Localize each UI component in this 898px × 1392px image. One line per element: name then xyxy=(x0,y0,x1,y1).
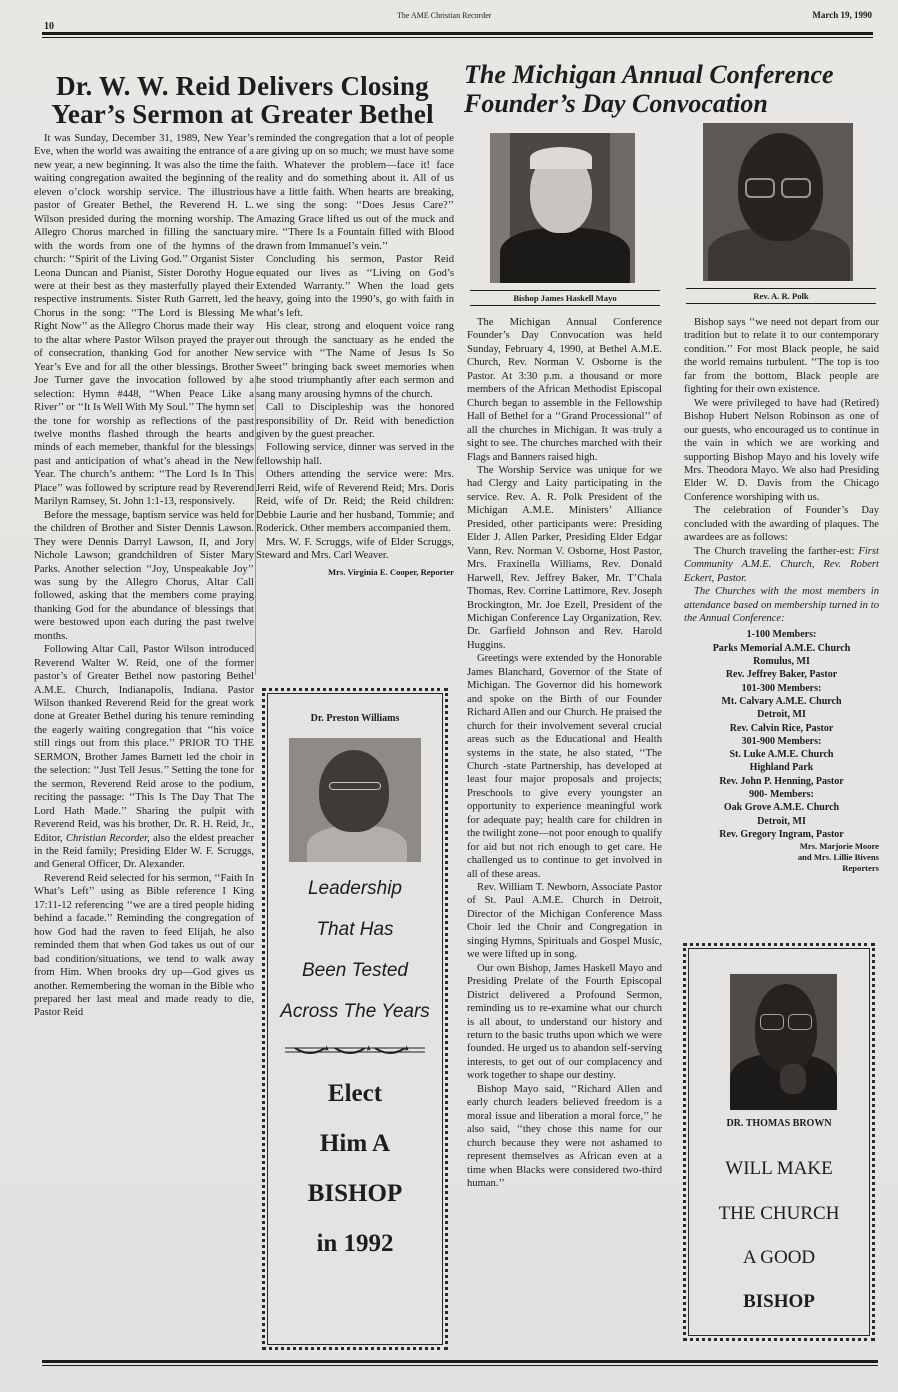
awards-list: 1-100 Members: Parks Memorial A.M.E. Chu… xyxy=(684,628,879,841)
right-article-column-1: The Michigan Annual Conference Founder’s… xyxy=(467,316,662,1190)
award-pastor: Rev. Calvin Rice, Pastor xyxy=(684,722,879,735)
issue-date: March 19, 1990 xyxy=(812,10,872,20)
paragraph: Greetings were extended by the Honorable… xyxy=(467,652,662,881)
paragraph: Following service, dinner was served in … xyxy=(256,441,454,468)
paragraph: Rev. William T. Newborn, Associate Pasto… xyxy=(467,881,662,962)
ad-call-line: Him A xyxy=(265,1119,445,1169)
ad-call-to-action: Elect Him A BISHOP in 1992 xyxy=(265,1069,445,1269)
headline-line-2: Founder’s Day Convocation xyxy=(464,89,884,118)
award-city: Highland Park xyxy=(684,761,879,774)
publication-title: Christian Recorder, xyxy=(66,833,150,844)
photo-caption: Bishop James Haskell Mayo xyxy=(470,290,660,306)
candidate-photo xyxy=(730,974,837,1110)
left-article-column-2: reminded the congregation that a lot of … xyxy=(256,132,454,579)
slogan-line: That Has xyxy=(265,909,445,950)
svg-text:★: ★ xyxy=(365,1044,372,1053)
photo-caption: Rev. A. R. Polk xyxy=(686,288,876,304)
headline-line-1: Dr. W. W. Reid Delivers Closing xyxy=(56,71,429,101)
reporters-byline: Mrs. Marjorie Moore and Mrs. Lillie Bive… xyxy=(684,841,879,874)
award-city: Detroit, MI xyxy=(684,708,879,721)
paragraph: reminded the congregation that a lot of … xyxy=(256,132,454,253)
award-church: Mt. Calvary A.M.E. Church xyxy=(684,695,879,708)
left-article-headline: Dr. W. W. Reid Delivers Closing Year’s S… xyxy=(40,72,445,128)
paragraph: Before the message, baptism service was … xyxy=(34,509,254,644)
top-rule xyxy=(42,32,873,38)
award-pastor: Rev. Jeffrey Baker, Pastor xyxy=(684,668,879,681)
ad-line: A GOOD xyxy=(686,1247,872,1269)
award-church: Parks Memorial A.M.E. Church xyxy=(684,642,879,655)
paragraph: Mrs. W. F. Scruggs, wife of Elder Scrugg… xyxy=(256,536,454,563)
paragraph: Bishop says ‘‘we need not depart from ou… xyxy=(684,316,879,397)
paragraph: Concluding his sermon, Pastor Reid equat… xyxy=(256,253,454,320)
slogan-line: Across The Years xyxy=(265,991,445,1032)
slogan-line: Leadership xyxy=(265,868,445,909)
paragraph: The Worship Service was unique for we ha… xyxy=(467,464,662,652)
paragraph: Our own Bishop, James Haskell Mayo and P… xyxy=(467,962,662,1083)
photo-rev-polk xyxy=(703,123,853,281)
headline-line-1: The Michigan Annual Conference xyxy=(464,60,884,89)
paragraph: Bishop Mayo said, ‘‘Richard Allen and ea… xyxy=(467,1083,662,1191)
ad-call-line: Elect xyxy=(265,1069,445,1119)
reporter-name: Mrs. Marjorie Moore xyxy=(684,841,879,852)
award-city: Romulus, MI xyxy=(684,655,879,668)
paragraph: The Michigan Annual Conference Founder’s… xyxy=(467,316,662,464)
ad-call-line: in 1992 xyxy=(265,1219,445,1269)
award-church: Oak Grove A.M.E. Church xyxy=(684,801,879,814)
award-church: St. Luke A.M.E. Church xyxy=(684,748,879,761)
award-city: Detroit, MI xyxy=(684,815,879,828)
award-category: 101-300 Members: xyxy=(684,682,879,695)
paragraph: The Churches with the most members in at… xyxy=(684,585,879,625)
award-category: 1-100 Members: xyxy=(684,628,879,641)
paragraph: Call to Discipleship was the honored res… xyxy=(256,401,454,441)
photo-bishop-mayo xyxy=(490,133,635,283)
candidate-name: DR. THOMAS BROWN xyxy=(686,1118,872,1129)
left-article-column-1: It was Sunday, December 31, 1989, New Ye… xyxy=(34,132,254,1020)
page-number: 10 xyxy=(44,21,54,32)
newspaper-page: 10 The AME Christian Recorder March 19, … xyxy=(0,0,898,1392)
candidate-name: Dr. Preston Williams xyxy=(265,713,445,724)
paragraph: We were privileged to have had (Retired)… xyxy=(684,397,879,505)
paragraph: Following Altar Call, Pastor Wilson intr… xyxy=(34,643,254,872)
award-pastor: Rev. John P. Henning, Pastor xyxy=(684,775,879,788)
award-category: 900- Members: xyxy=(684,788,879,801)
paragraph: Others attending the service were: Mrs. … xyxy=(256,468,454,535)
ad-line: BISHOP xyxy=(686,1291,872,1313)
paragraph-text: The Church traveling the farther-est: xyxy=(694,546,858,557)
headline-line-2: Year’s Sermon at Greater Bethel xyxy=(51,99,434,129)
ad-call-line: BISHOP xyxy=(265,1169,445,1219)
paper-name: The AME Christian Recorder xyxy=(397,11,491,20)
paragraph-text: Following Altar Call, Pastor Wilson intr… xyxy=(34,644,254,843)
byline: Mrs. Virginia E. Cooper, Reporter xyxy=(256,566,454,579)
award-pastor: Rev. Gregory Ingram, Pastor xyxy=(684,828,879,841)
svg-text:★: ★ xyxy=(323,1044,330,1053)
reporter-name: and Mrs. Lillie Bivens xyxy=(684,852,879,863)
paragraph: The Church traveling the farther-est: Fi… xyxy=(684,545,879,585)
ad-line: THE CHURCH xyxy=(686,1203,872,1225)
paragraph: His clear, strong and eloquent voice ran… xyxy=(256,320,454,401)
svg-text:★: ★ xyxy=(403,1044,410,1053)
campaign-ad-preston-williams: Dr. Preston Williams Leadership That Has… xyxy=(262,688,448,1350)
award-category: 301-900 Members: xyxy=(684,735,879,748)
ad-slogan: Leadership That Has Been Tested Across T… xyxy=(265,868,445,1032)
patriotic-bunting-icon: ★ ★ ★ xyxy=(285,1042,425,1058)
paragraph: The celebration of Founder’s Day conclud… xyxy=(684,504,879,544)
right-article-headline: The Michigan Annual Conference Founder’s… xyxy=(464,60,884,118)
paragraph: Reverend Reid selected for his sermon, ‘… xyxy=(34,872,254,1020)
campaign-ad-thomas-brown: DR. THOMAS BROWN WILL MAKE THE CHURCH A … xyxy=(683,943,875,1341)
bottom-rule xyxy=(42,1360,878,1366)
right-article-column-2: Bishop says ‘‘we need not depart from ou… xyxy=(684,316,879,874)
candidate-photo xyxy=(289,738,421,862)
slogan-line: Been Tested xyxy=(265,950,445,991)
reporter-label: Reporters xyxy=(684,863,879,874)
ad-line: WILL MAKE xyxy=(686,1158,872,1180)
paragraph: It was Sunday, December 31, 1989, New Ye… xyxy=(34,132,254,509)
